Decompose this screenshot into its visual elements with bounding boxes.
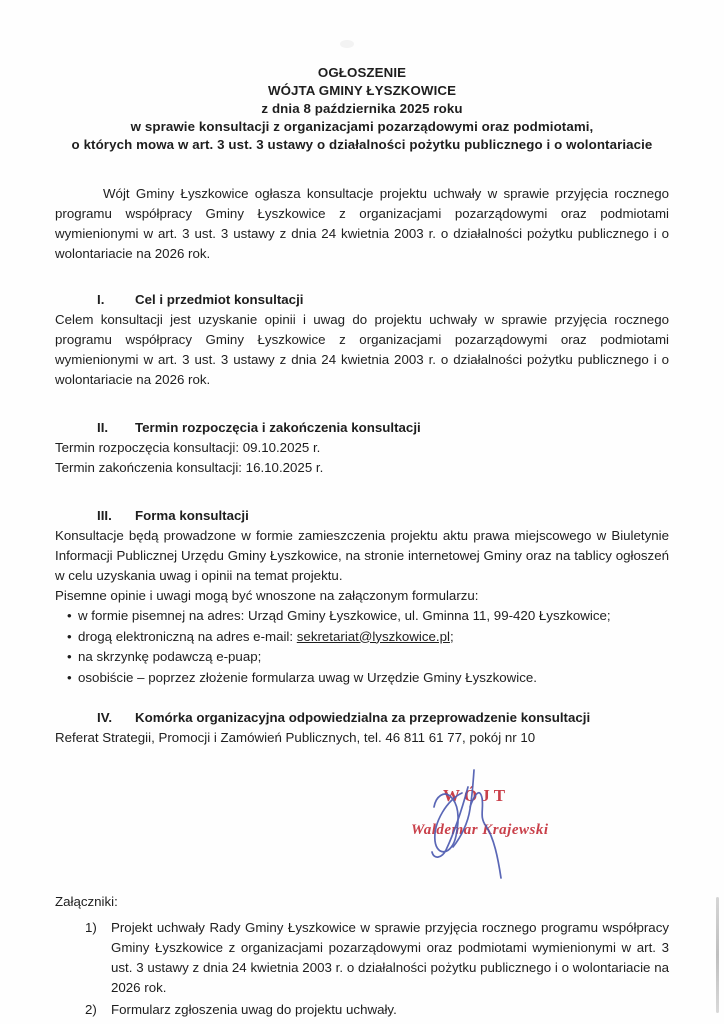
section-heading: II.Termin rozpoczęcia i zakończenia kons… <box>55 418 669 438</box>
section-heading: IV.Komórka organizacyjna odpowiedzialna … <box>55 708 669 728</box>
section-dates: II.Termin rozpoczęcia i zakończenia kons… <box>55 418 669 478</box>
attachments-section: Załączniki: 1) Projekt uchwały Rady Gmin… <box>55 892 669 1020</box>
section-title: Komórka organizacyjna odpowiedzialna za … <box>135 710 590 725</box>
intro-paragraph: Wójt Gminy Łyszkowice ogłasza konsultacj… <box>55 184 669 264</box>
section-body: Referat Strategii, Promocji i Zamówień P… <box>55 728 669 748</box>
email-link[interactable]: sekretariat@lyszkowice.pl <box>297 629 450 644</box>
attachment-item: 1) Projekt uchwały Rady Gminy Łyszkowice… <box>55 918 669 998</box>
document-header: OGŁOSZENIE WÓJTA GMINY ŁYSZKOWICE z dnia… <box>55 64 669 154</box>
signature-block: WÓJT Waldemar Krajewski <box>55 768 669 880</box>
start-date-line: Termin rozpoczęcia konsultacji: 09.10.20… <box>55 438 669 458</box>
scanned-document-page: OGŁOSZENIE WÓJTA GMINY ŁYSZKOWICE z dnia… <box>0 0 724 1024</box>
section-body: Celem konsultacji jest uzyskanie opinii … <box>55 310 669 390</box>
section-body: Konsultacje będą prowadzone w formie zam… <box>55 526 669 586</box>
attachment-text: Projekt uchwały Rady Gminy Łyszkowice w … <box>111 918 669 998</box>
attachments-label: Załączniki: <box>55 892 669 912</box>
section-title: Termin rozpoczęcia i zakończenia konsult… <box>135 420 421 435</box>
bullet-list-lead: Pisemne opinie i uwagi mogą być wnoszone… <box>55 586 669 606</box>
bullet-text-prefix: drogą elektroniczną na adres e-mail: <box>78 629 297 644</box>
scan-smudge <box>340 40 354 48</box>
scan-edge-artifact <box>716 897 719 1013</box>
handwritten-signature-ink <box>400 765 600 890</box>
doc-title-line: OGŁOSZENIE <box>55 64 669 82</box>
bullet-text: w formie pisemnej na adres: Urząd Gminy … <box>78 608 611 623</box>
section-responsible-unit: IV.Komórka organizacyjna odpowiedzialna … <box>55 708 669 748</box>
bullet-text: osobiście – poprzez złożenie formularza … <box>78 670 537 685</box>
submission-options-list: w formie pisemnej na adres: Urząd Gminy … <box>55 606 669 688</box>
section-heading: I.Cel i przedmiot konsultacji <box>55 290 669 310</box>
section-heading: III.Forma konsultacji <box>55 506 669 526</box>
bullet-epuap: na skrzynkę podawczą e-puap; <box>67 647 669 668</box>
section-form: III.Forma konsultacji Konsultacje będą p… <box>55 506 669 688</box>
bullet-in-person: osobiście – poprzez złożenie formularza … <box>67 668 669 689</box>
section-title: Forma konsultacji <box>135 508 249 523</box>
end-date-line: Termin zakończenia konsultacji: 16.10.20… <box>55 458 669 478</box>
doc-title-line: z dnia 8 października 2025 roku <box>55 100 669 118</box>
doc-title-line: o których mowa w art. 3 ust. 3 ustawy o … <box>55 136 669 154</box>
bullet-email: drogą elektroniczną na adres e-mail: sek… <box>67 627 669 648</box>
attachment-text: Formularz zgłoszenia uwag do projektu uc… <box>111 1000 669 1020</box>
attachment-number: 2) <box>85 1000 111 1020</box>
section-number: II. <box>97 418 135 438</box>
section-purpose: I.Cel i przedmiot konsultacji Celem kons… <box>55 290 669 390</box>
section-number: I. <box>97 290 135 310</box>
bullet-postal: w formie pisemnej na adres: Urząd Gminy … <box>67 606 669 627</box>
doc-title-line: w sprawie konsultacji z organizacjami po… <box>55 118 669 136</box>
attachments-list: 1) Projekt uchwały Rady Gminy Łyszkowice… <box>55 918 669 1020</box>
attachment-number: 1) <box>85 918 111 998</box>
section-number: III. <box>97 506 135 526</box>
bullet-text-suffix: ; <box>450 629 454 644</box>
doc-title-line: WÓJTA GMINY ŁYSZKOWICE <box>55 82 669 100</box>
section-title: Cel i przedmiot konsultacji <box>135 292 303 307</box>
attachment-item: 2) Formularz zgłoszenia uwag do projektu… <box>55 1000 669 1020</box>
section-number: IV. <box>97 708 135 728</box>
bullet-text: na skrzynkę podawczą e-puap; <box>78 649 261 664</box>
